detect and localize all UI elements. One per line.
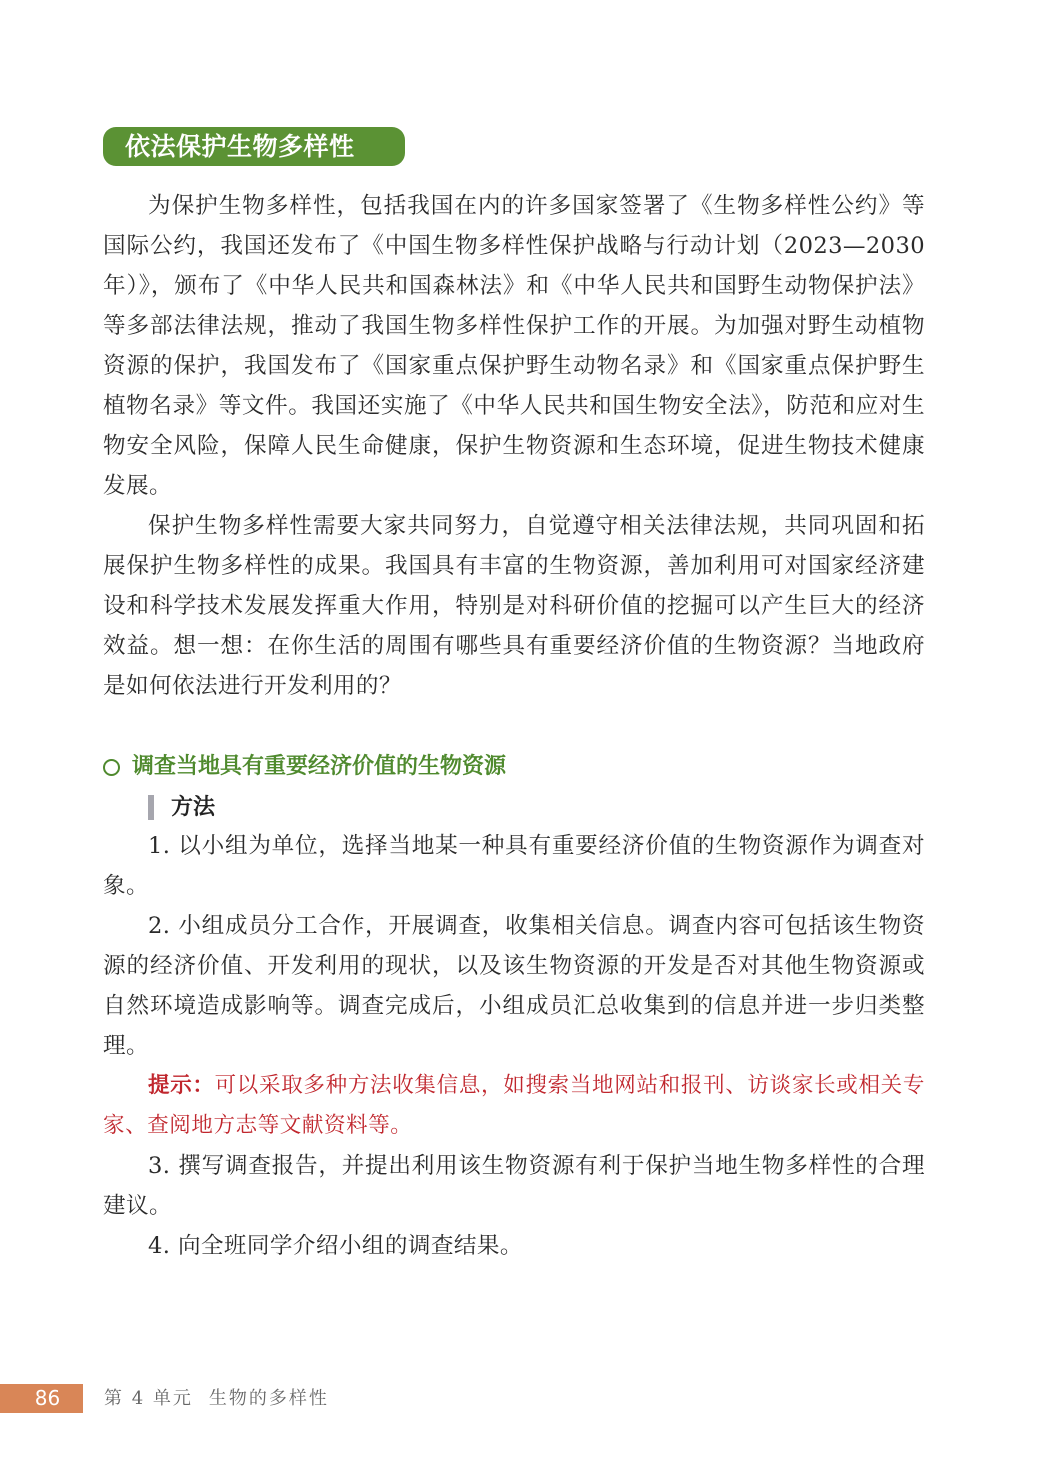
step-item: 4. 向全班同学介绍小组的调查结果。 bbox=[103, 1226, 925, 1266]
section-title: 依法保护生物多样性 bbox=[103, 127, 405, 166]
page-number: 86 bbox=[0, 1384, 83, 1413]
activity-title: 调查当地具有重要经济价值的生物资源 bbox=[132, 750, 506, 784]
unit-title: 生物的多样性 bbox=[209, 1388, 329, 1409]
bar-marker-icon bbox=[148, 795, 154, 820]
step-item: 3. 撰写调查报告，并提出利用该生物资源有利于保护当地生物多样性的合理建议。 bbox=[103, 1146, 925, 1226]
running-footer: 第 4 单元生物的多样性 bbox=[104, 1384, 329, 1413]
unit-label: 第 4 单元 bbox=[104, 1388, 193, 1409]
step-item: 2. 小组成员分工合作，开展调查，收集相关信息。调查内容可包括该生物资源的经济价… bbox=[103, 906, 925, 1066]
tip-text: 可以采取多种方法收集信息，如搜索当地网站和报刊、访谈家长或相关专家、查阅地方志等… bbox=[103, 1073, 925, 1138]
circle-bullet-icon bbox=[103, 759, 120, 776]
method-label: 方法 bbox=[171, 790, 215, 824]
tip-box: 提示：可以采取多种方法收集信息，如搜索当地网站和报刊、访谈家长或相关专家、查阅地… bbox=[103, 1066, 925, 1146]
body-paragraph: 保护生物多样性需要大家共同努力，自觉遵守相关法律法规，共同巩固和拓展保护生物多样… bbox=[103, 506, 925, 706]
step-list: 1. 以小组为单位，选择当地某一种具有重要经济价值的生物资源作为调查对象。 2.… bbox=[103, 826, 925, 1266]
tip-label: 提示： bbox=[148, 1073, 215, 1098]
method-heading: 方法 bbox=[148, 790, 215, 824]
activity-heading: 调查当地具有重要经济价值的生物资源 bbox=[103, 750, 506, 784]
body-paragraph: 为保护生物多样性，包括我国在内的许多国家签署了《生物多样性公约》等国际公约，我国… bbox=[103, 186, 925, 506]
step-item: 1. 以小组为单位，选择当地某一种具有重要经济价值的生物资源作为调查对象。 bbox=[103, 826, 925, 906]
